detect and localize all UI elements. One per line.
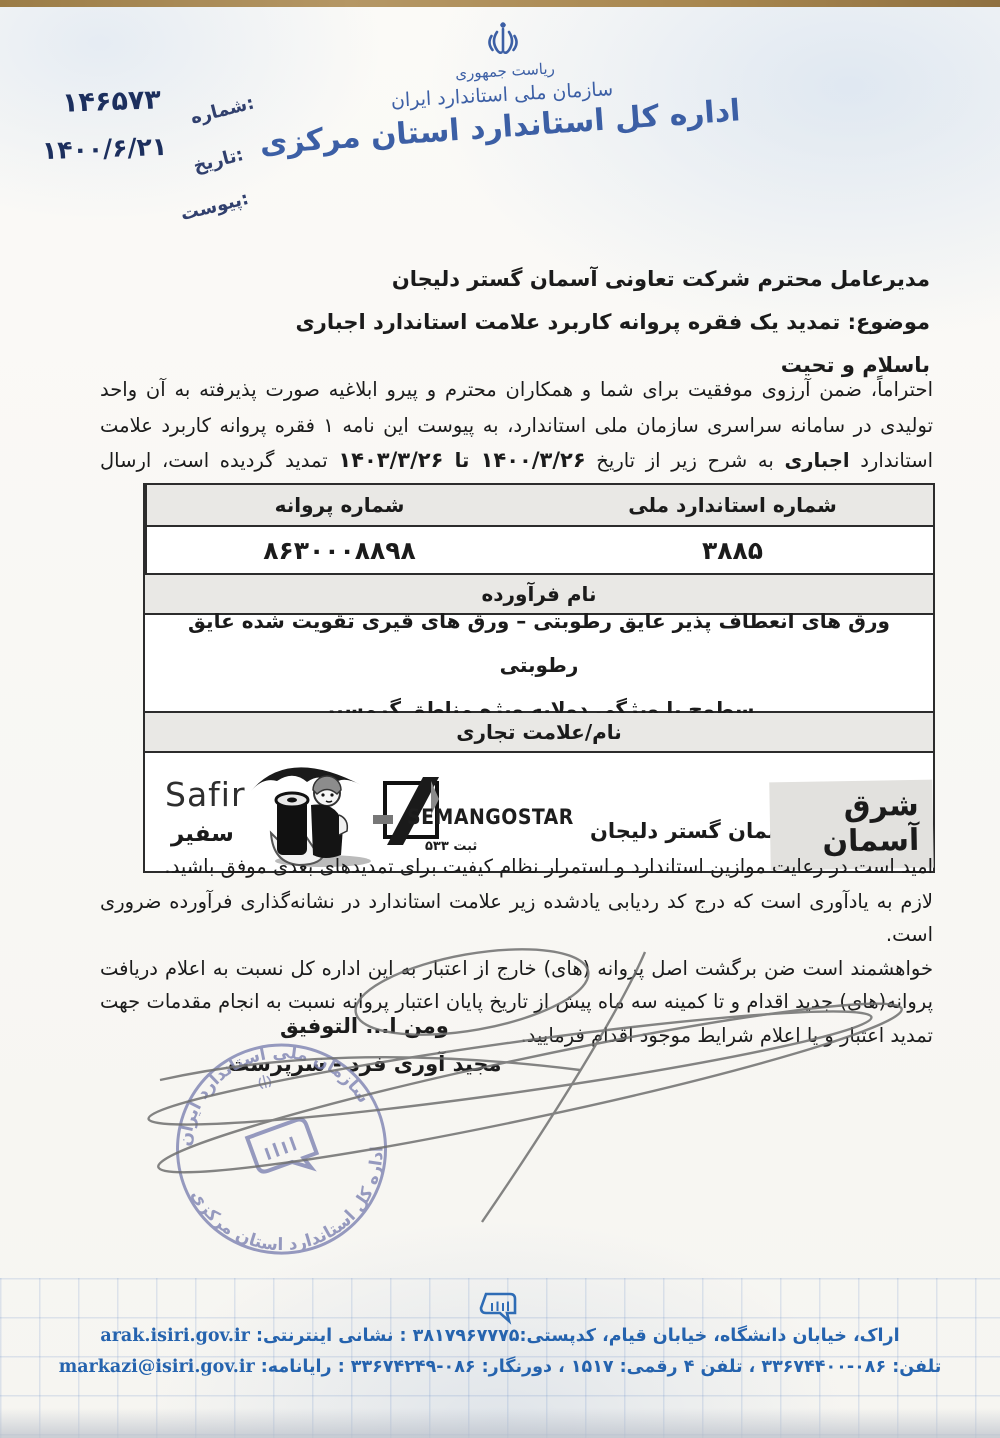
footer-phone-text: تلفن: ۰۸۶-۳۳۶۷۴۴۰۰ ، تلفن ۴ رقمی: ۱۵۱۷ ،… bbox=[255, 1357, 942, 1377]
footer-email-link[interactable]: markazi@isiri.gov.ir bbox=[59, 1357, 255, 1377]
table-value-row: ۸۶۳۰۰۰۸۸۹۸ ۳۸۸۵ bbox=[145, 527, 933, 575]
semangostar-wordmark: SEMANGOSTAR bbox=[407, 805, 574, 829]
scan-edge-bottom bbox=[0, 1408, 1000, 1438]
footer-address-line: اراک، خیابان دانشگاه، خیابان قیام، کدپست… bbox=[40, 1326, 960, 1346]
body-date-to: ۱۴۰۳/۳/۲۶ bbox=[338, 448, 443, 472]
safir-latin-logo: Safir bbox=[165, 775, 246, 814]
scanned-letter-page: ریاست جمهوری سازمان ملی استاندارد ایران … bbox=[0, 0, 1000, 1438]
body-mid: به شرح زیر از تاریخ bbox=[586, 449, 785, 472]
standard-number-header: شماره استاندارد ملی bbox=[532, 485, 933, 525]
closing-p1: امید است در رعایت موازین استاندارد و است… bbox=[100, 850, 933, 884]
footer-website-link[interactable]: arak.isiri.gov.ir bbox=[100, 1326, 250, 1346]
scan-edge-top bbox=[0, 0, 1000, 7]
standard-number-value: ۳۸۸۵ bbox=[532, 527, 933, 573]
table-header-row: شماره پروانه شماره استاندارد ملی bbox=[145, 485, 933, 527]
product-line1: ورق های انعطاف پذیر عایق رطوبتی – ورق ها… bbox=[155, 599, 923, 687]
license-number-header: شماره پروانه bbox=[145, 485, 532, 525]
recipient-line: مدیرعامل محترم شرکت تعاونی آسمان گستر دل… bbox=[103, 258, 930, 301]
body-date-from: ۱۴۰۰/۳/۲۶ bbox=[481, 448, 586, 472]
date-value: ۱۴۰۰/۶/۲۱ bbox=[42, 132, 168, 165]
footer-phone-line: تلفن: ۰۸۶-۳۳۶۷۴۴۰۰ ، تلفن ۴ رقمی: ۱۵۱۷ ،… bbox=[40, 1357, 960, 1377]
number-value: ۱۴۶۵۷۳ bbox=[61, 84, 161, 118]
product-row: ورق های انعطاف پذیر عایق رطوبتی – ورق ها… bbox=[145, 615, 933, 713]
product-name: ورق های انعطاف پذیر عایق رطوبتی – ورق ها… bbox=[145, 615, 933, 711]
license-table: شماره پروانه شماره استاندارد ملی ۸۶۳۰۰۰۸… bbox=[143, 483, 935, 873]
safir-persian-logo: سفیر bbox=[171, 821, 234, 847]
iran-emblem-icon bbox=[483, 20, 523, 62]
recipient-block: مدیرعامل محترم شرکت تعاونی آسمان گستر دل… bbox=[103, 258, 930, 387]
attachment-label: پیوست: bbox=[178, 188, 250, 225]
license-number-value: ۸۶۳۰۰۰۸۸۹۸ bbox=[145, 527, 532, 573]
body-bold-word: اجباری bbox=[784, 449, 849, 472]
subject-line: موضوع: تمدید یک فقره پروانه کاربرد علامت… bbox=[103, 301, 930, 344]
handwritten-signature bbox=[100, 930, 920, 1264]
footer-address-text: اراک، خیابان دانشگاه، خیابان قیام، کدپست… bbox=[250, 1326, 900, 1346]
trademark-header-row: نام/علامت تجاری bbox=[145, 713, 933, 753]
body-ta: تا bbox=[443, 449, 480, 472]
aseman-gostar-delijan-mark: آسمان گستر دلیجان bbox=[590, 819, 796, 843]
trademark-header: نام/علامت تجاری bbox=[145, 713, 933, 751]
